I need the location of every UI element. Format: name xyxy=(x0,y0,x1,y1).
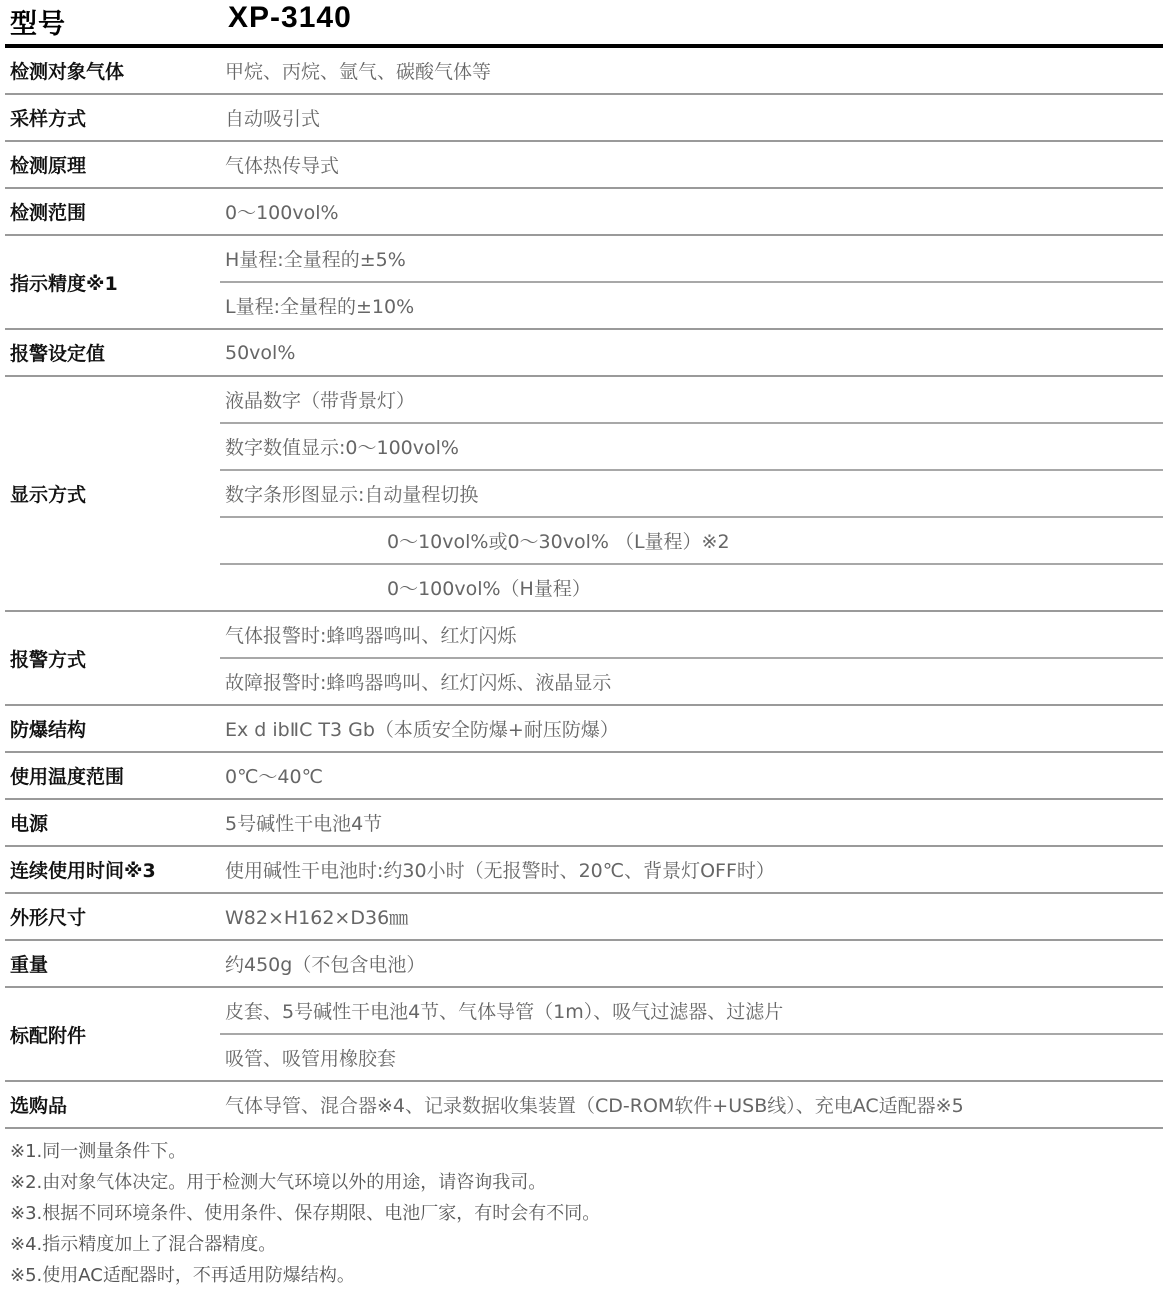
spec-row-sampling: 采样方式 自动吸引式 xyxy=(5,95,1163,142)
footnote: ※3.根据不同环境条件、使用条件、保存期限、电池厂家，有时会有不同。 xyxy=(10,1198,600,1229)
spec-row-accuracy: 指示精度※1 H量程:全量程的±5% L量程:全量程的±10% xyxy=(5,236,1163,330)
spec-row-explosion-proof: 防爆结构 Ex d ibⅡC T3 Gb（本质安全防爆+耐压防爆） xyxy=(5,706,1163,753)
spec-key: 检测对象气体 xyxy=(5,48,220,93)
spec-value: Ex d ibⅡC T3 Gb（本质安全防爆+耐压防爆） xyxy=(220,706,1163,751)
spec-row-weight: 重量 约450g（不包含电池） xyxy=(5,941,1163,988)
spec-key: 使用温度范围 xyxy=(5,753,220,798)
spec-value: 约450g（不包含电池） xyxy=(220,941,1163,986)
model-label: 型号 xyxy=(10,2,66,41)
spec-value: 0～100vol%（H量程） xyxy=(220,565,1163,610)
spec-key: 指示精度※1 xyxy=(5,236,220,328)
spec-row-options: 选购品 气体导管、混合器※4、记录数据收集装置（CD-ROM软件+USB线）、充… xyxy=(5,1082,1163,1129)
spec-row-dimensions: 外形尺寸 W82×H162×D36㎜ xyxy=(5,894,1163,941)
spec-key: 检测范围 xyxy=(5,189,220,234)
spec-value: 50vol% xyxy=(220,330,1163,375)
spec-key: 电源 xyxy=(5,800,220,845)
spec-header: 型号 XP-3140 xyxy=(0,0,1164,44)
footnote: ※5.使用AC适配器时，不再适用防爆结构。 xyxy=(10,1260,600,1291)
spec-value: L量程:全量程的±10% xyxy=(220,283,1163,328)
spec-value: 气体报警时:蜂鸣器鸣叫、红灯闪烁 xyxy=(220,612,1163,659)
spec-table: 检测对象气体 甲烷、丙烷、氩气、碳酸气体等 采样方式 自动吸引式 检测原理 气体… xyxy=(0,48,1164,1129)
spec-value: 甲烷、丙烷、氩气、碳酸气体等 xyxy=(220,48,1163,93)
spec-value: 气体导管、混合器※4、记录数据收集装置（CD-ROM软件+USB线）、充电AC适… xyxy=(220,1082,1163,1127)
model-number: XP-3140 xyxy=(228,1,352,35)
footnote: ※2.由对象气体决定。用于检测大气环境以外的用途，请咨询我司。 xyxy=(10,1167,600,1198)
footnotes: ※1.同一测量条件下。 ※2.由对象气体决定。用于检测大气环境以外的用途，请咨询… xyxy=(10,1136,600,1291)
spec-key: 报警方式 xyxy=(5,612,220,704)
spec-value: 使用碱性干电池时:约30小时（无报警时、20℃、背景灯OFF时） xyxy=(220,847,1163,892)
spec-key: 检测原理 xyxy=(5,142,220,187)
spec-value: 0～10vol%或0～30vol% （L量程）※2 xyxy=(220,518,1163,565)
spec-key: 标配附件 xyxy=(5,988,220,1080)
spec-key: 采样方式 xyxy=(5,95,220,140)
spec-row-operating-time: 连续使用时间※3 使用碱性干电池时:约30小时（无报警时、20℃、背景灯OFF时… xyxy=(5,847,1163,894)
spec-value: 自动吸引式 xyxy=(220,95,1163,140)
spec-value: 皮套、5号碱性干电池4节、气体导管（1m）、吸气过滤器、过滤片 xyxy=(220,988,1163,1035)
spec-key: 连续使用时间※3 xyxy=(5,847,220,892)
spec-row-range: 检测范围 0～100vol% xyxy=(5,189,1163,236)
spec-row-temperature: 使用温度范围 0℃～40℃ xyxy=(5,753,1163,800)
spec-value: 0℃～40℃ xyxy=(220,753,1163,798)
spec-row-alarm-method: 报警方式 气体报警时:蜂鸣器鸣叫、红灯闪烁 故障报警时:蜂鸣器鸣叫、红灯闪烁、液… xyxy=(5,612,1163,706)
spec-key: 外形尺寸 xyxy=(5,894,220,939)
spec-value: H量程:全量程的±5% xyxy=(220,236,1163,283)
spec-row-principle: 检测原理 气体热传导式 xyxy=(5,142,1163,189)
spec-value: 数字条形图显示:自动量程切换 xyxy=(220,471,1163,518)
spec-value: 数字数值显示:0～100vol% xyxy=(220,424,1163,471)
spec-value: 气体热传导式 xyxy=(220,142,1163,187)
spec-value: 0～100vol% xyxy=(220,189,1163,234)
footnote: ※1.同一测量条件下。 xyxy=(10,1136,600,1167)
spec-row-alarm-setpoint: 报警设定值 50vol% xyxy=(5,330,1163,377)
spec-value: 5号碱性干电池4节 xyxy=(220,800,1163,845)
spec-row-target-gas: 检测对象气体 甲烷、丙烷、氩气、碳酸气体等 xyxy=(5,48,1163,95)
spec-value: 吸管、吸管用橡胶套 xyxy=(220,1035,1163,1080)
spec-row-standard-accessories: 标配附件 皮套、5号碱性干电池4节、气体导管（1m）、吸气过滤器、过滤片 吸管、… xyxy=(5,988,1163,1082)
spec-value: 故障报警时:蜂鸣器鸣叫、红灯闪烁、液晶显示 xyxy=(220,659,1163,704)
spec-value: 液晶数字（带背景灯） xyxy=(220,377,1163,424)
spec-value: W82×H162×D36㎜ xyxy=(220,894,1163,939)
footnote: ※4.指示精度加上了混合器精度。 xyxy=(10,1229,600,1260)
spec-row-power: 电源 5号碱性干电池4节 xyxy=(5,800,1163,847)
spec-key: 防爆结构 xyxy=(5,706,220,751)
spec-key: 选购品 xyxy=(5,1082,220,1127)
spec-key: 报警设定值 xyxy=(5,330,220,375)
spec-key: 重量 xyxy=(5,941,220,986)
spec-key: 显示方式 xyxy=(5,377,220,610)
spec-row-display: 显示方式 液晶数字（带背景灯） 数字数值显示:0～100vol% 数字条形图显示… xyxy=(5,377,1163,612)
